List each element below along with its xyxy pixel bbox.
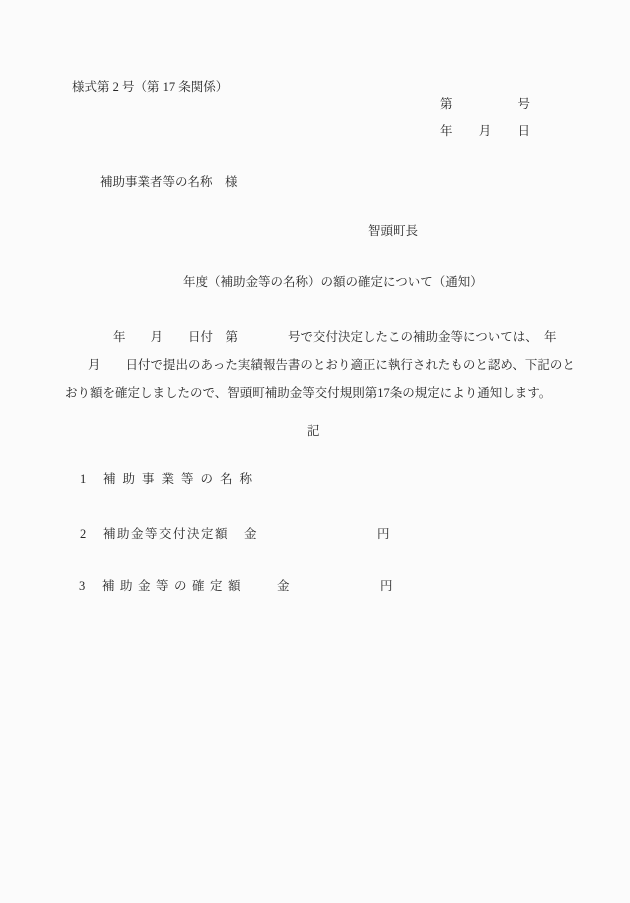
body-line-3: おり額を確定しましたので、智頭町補助金等交付規則第17条の規定により通知します。 bbox=[65, 386, 551, 402]
doc-number-suffix: 号 bbox=[517, 97, 530, 113]
item-3-label: 補助金等の確定額 bbox=[102, 579, 246, 595]
form-label: 様式第 2 号（第 17 条関係） bbox=[72, 80, 228, 96]
item-1-number: 1 bbox=[80, 472, 86, 488]
item-2-number: 2 bbox=[80, 527, 86, 543]
item-1-label: 補助事業等の名称 bbox=[103, 472, 259, 488]
body-line-1: 年 月 日付 第 号で交付決定したこの補助金等については、 年 bbox=[113, 330, 557, 346]
date-year-label: 年 bbox=[440, 124, 453, 140]
item-2-amount-prefix: 金 bbox=[244, 527, 257, 543]
date-line: 年 月 日 bbox=[440, 124, 530, 140]
item-3-amount-suffix: 円 bbox=[380, 579, 393, 595]
item-2-label: 補助金等交付決定額 bbox=[103, 527, 229, 543]
item-3-amount-prefix: 金 bbox=[277, 579, 290, 595]
date-day-label: 日 bbox=[517, 124, 530, 140]
list-marker: 記 bbox=[307, 424, 320, 440]
item-3-number: 3 bbox=[79, 579, 85, 595]
document-title: 年度（補助金等の名称）の額の確定について（通知） bbox=[183, 275, 483, 291]
body-line-2: 月 日付で提出のあった実績報告書のとおり適正に執行されたものと認め、下記のと bbox=[88, 358, 575, 374]
sender-name: 智頭町長 bbox=[368, 224, 418, 240]
date-month-label: 月 bbox=[479, 124, 492, 140]
document-page: 様式第 2 号（第 17 条関係） 第 号 年 月 日 補助事業者等の名称 様 … bbox=[0, 0, 630, 903]
doc-number-line: 第 号 bbox=[440, 97, 530, 113]
item-2-amount-suffix: 円 bbox=[377, 527, 390, 543]
doc-number-prefix: 第 bbox=[440, 97, 453, 113]
recipient-line: 補助事業者等の名称 様 bbox=[100, 175, 238, 191]
